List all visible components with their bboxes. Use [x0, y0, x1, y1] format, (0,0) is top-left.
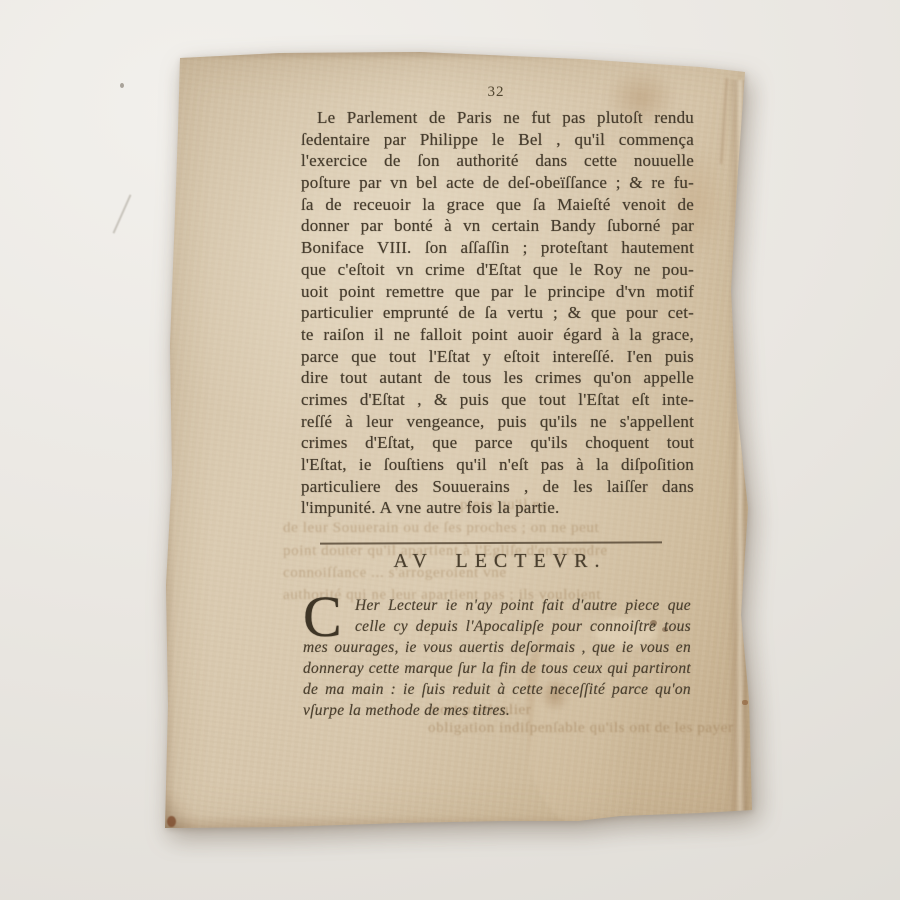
- section-divider-rule: [320, 541, 662, 544]
- text-line: l'exercice de ſon authorité dans cette n…: [301, 150, 694, 172]
- text-line: vſurpe la methode de mes titres.: [303, 700, 691, 721]
- text-line: l'Eſtat, ie ſouſtiens qu'il n'eſt pas à …: [301, 454, 694, 476]
- paper-sheet: piece qu'il ne de leur Souuerain ou de ſ…: [160, 50, 756, 832]
- edge-speck: [745, 595, 750, 604]
- drop-cap: C: [303, 595, 355, 637]
- text-line: que c'eſtoit vn crime d'Eſtat que le Roy…: [301, 259, 694, 281]
- text-line: particuliere des Souuerains , de les lai…: [301, 476, 694, 498]
- text-line: parce que tout l'Eſtat y eſtoit intereſſ…: [301, 346, 694, 368]
- text-line: dire tout autant de tous les crimes qu'o…: [301, 367, 694, 389]
- edge-speck: [739, 313, 743, 318]
- page-number: 32: [300, 84, 692, 101]
- text-line: crimes d'Eſtat, que parce qu'ils choquen…: [301, 432, 694, 454]
- address-to-reader: C Her Lecteur ie n'ay point fait d'autre…: [303, 595, 691, 721]
- text-line: particulier emprunté de ſa vertu ; & que…: [301, 302, 694, 324]
- printed-text-layer: 32 Le Parlement de Paris ne fut pas plut…: [160, 50, 756, 832]
- text-line: uoit point remettre que par le principe …: [301, 281, 694, 303]
- section-heading: AV LECTEVR.: [300, 550, 700, 573]
- text-line: mes ouurages, ie vous auertis deſormais …: [303, 637, 691, 658]
- text-line: Boniface VIII. ſon aſſaſſin ; proteſtant…: [301, 237, 694, 259]
- text-line: Le Parlement de Paris ne fut pas plutoſt…: [301, 107, 694, 129]
- body-paragraph: Le Parlement de Paris ne fut pas plutoſt…: [301, 107, 694, 519]
- text-line: de ma main : ie ſuis reduit à cette nece…: [303, 679, 691, 700]
- text-line: donner par bonté à vn certain Bandy ſubo…: [301, 215, 694, 237]
- text-line: ſa de receuoir la grace que ſa Maieſté v…: [301, 194, 694, 216]
- text-line: ſedentaire par Philippe le Bel , qu'il c…: [301, 129, 694, 151]
- text-line: celle cy depuis l'Apocalipſe pour connoi…: [303, 616, 691, 637]
- text-line: te raiſon il ne falloit point auoir égar…: [301, 324, 694, 346]
- text-line: donneray cette marque ſur la fin de tous…: [303, 658, 691, 679]
- text-line: l'impunité. A vne autre fois la partie.: [301, 497, 694, 519]
- text-line: poſture par vn bel acte de deſ-obeïſſanc…: [301, 172, 694, 194]
- text-line: Her Lecteur ie n'ay point fait d'autre p…: [303, 595, 691, 616]
- text-line: reſſé à leur vengeance, puis qu'ils ne s…: [301, 411, 694, 433]
- paper-shadow-wrap: piece qu'il ne de leur Souuerain ou de ſ…: [0, 0, 900, 900]
- photo-backdrop: piece qu'il ne de leur Souuerain ou de ſ…: [0, 0, 900, 900]
- text-line: crimes d'Eſtat , & puis que tout l'Eſtat…: [301, 389, 694, 411]
